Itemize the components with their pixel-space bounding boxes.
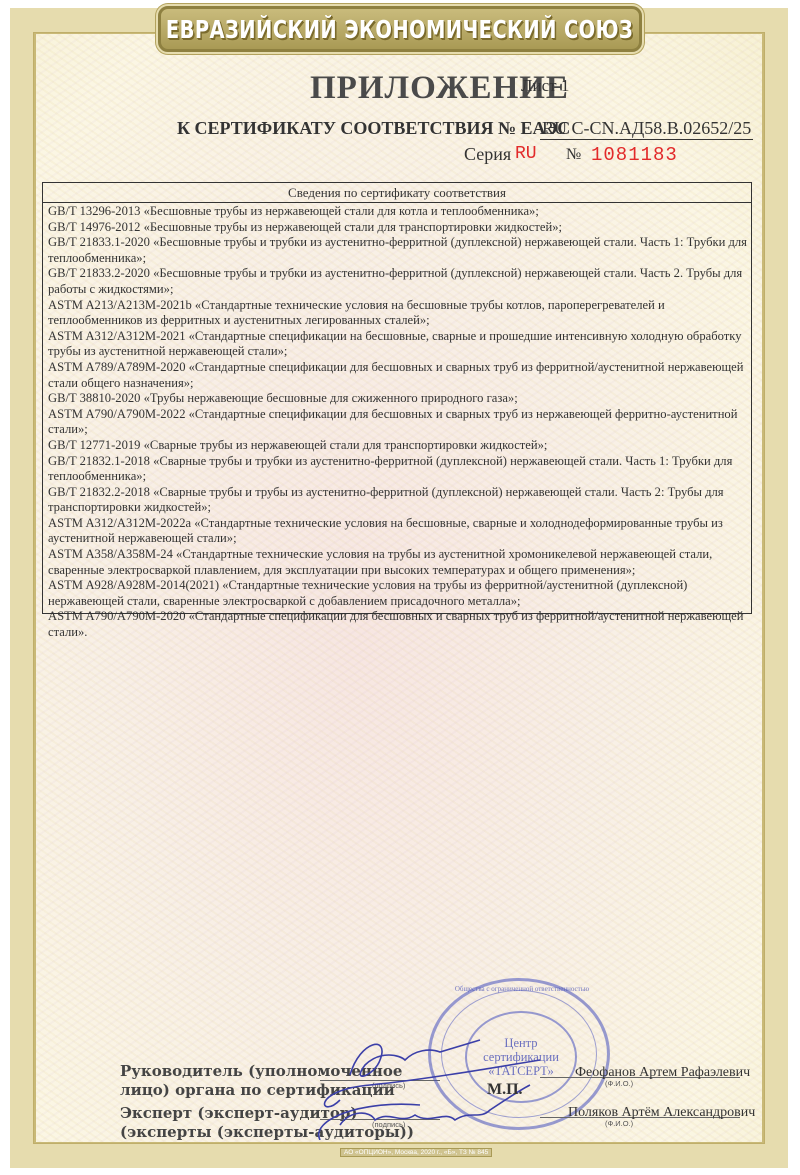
stamp-ring-text: Общества с ограниченной ответственностью: [443, 985, 601, 993]
seal-mark: М.П.: [487, 1081, 523, 1099]
head-name-caption: (Ф.И.О.): [605, 1079, 633, 1088]
printer-imprint: АО «ОПЦИОН», Москва, 2020 г., «Б», ТЗ № …: [340, 1148, 492, 1157]
head-name: Феофанов Артем Рафаэлевич: [575, 1065, 750, 1081]
expert-name: Поляков Артём Александрович: [568, 1105, 755, 1121]
expert-name-caption: (Ф.И.О.): [605, 1119, 633, 1128]
signature-block: Руководитель (уполномоченное лицо) орган…: [0, 0, 800, 1175]
